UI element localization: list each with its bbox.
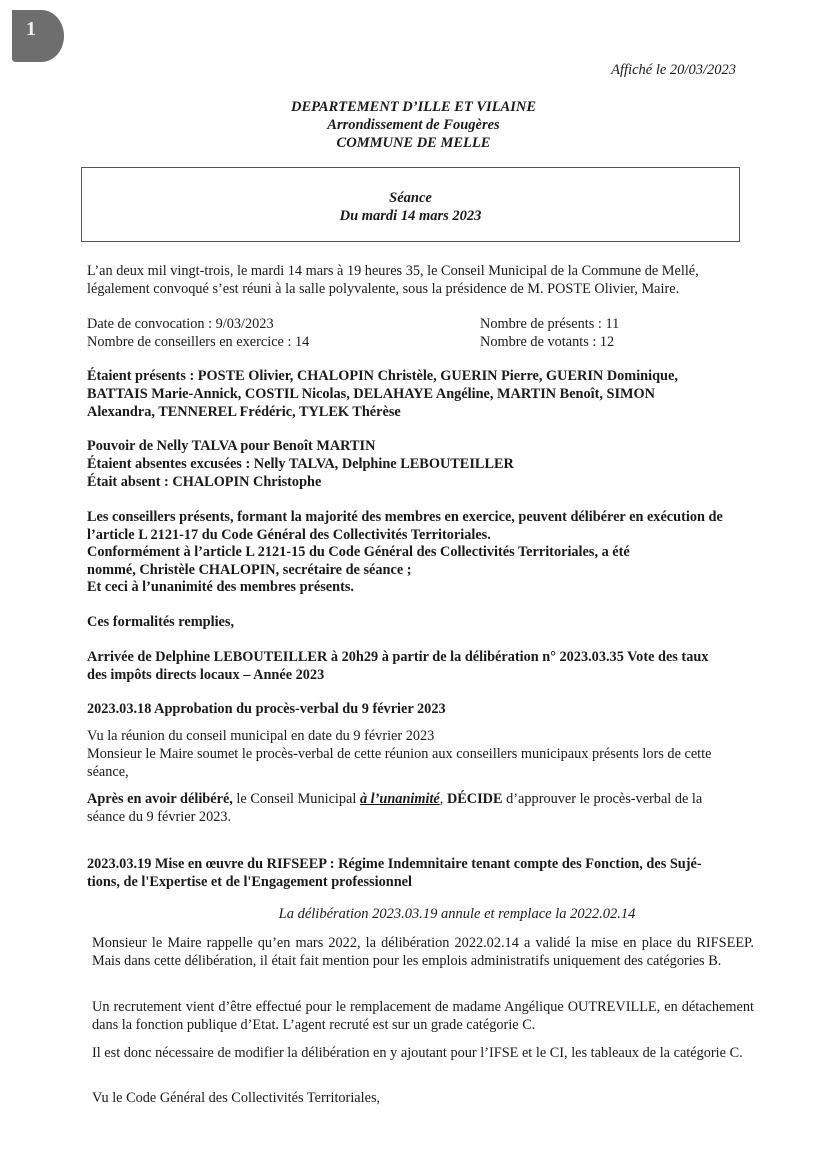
session-title: Séance <box>82 190 739 207</box>
convocation-date: Date de convocation : 9/03/2023 <box>87 315 274 333</box>
department-heading: DEPARTEMENT D’ILLE ET VILAINE <box>0 99 827 116</box>
deliberation-18-submit-2: séance, <box>87 763 129 781</box>
present-line-1: Étaient présents : POSTE Olivier, CHALOP… <box>87 367 678 385</box>
quorum-line-1: Les conseillers présents, formant la maj… <box>87 508 723 526</box>
deliberation-19-para-1: Monsieur le Maire rappelle qu’en mars 20… <box>92 934 754 970</box>
intro-line-1: L’an deux mil vingt-trois, le mardi 14 m… <box>87 262 699 280</box>
deliberation-18-decision-2: séance du 9 février 2023. <box>87 808 231 826</box>
deliberation-18-decision: Après en avoir délibéré, le Conseil Muni… <box>87 790 702 808</box>
deliberation-19-para-2: Un recrutement vient d’être effectué pou… <box>92 998 754 1034</box>
quorum-line-3: Conformément à l’article L 2121-15 du Co… <box>87 543 630 561</box>
page-number: 1 <box>26 18 36 41</box>
session-box: Séance Du mardi 14 mars 2023 <box>81 167 740 242</box>
proxy-line: Pouvoir de Nelly TALVA pour Benoît MARTI… <box>87 437 375 455</box>
deliberation-19-title-1: 2023.03.19 Mise en œuvre du RIFSEEP : Ré… <box>87 855 702 873</box>
deliberation-18-title: 2023.03.18 Approbation du procès-verbal … <box>87 700 446 718</box>
deliberation-19-para-4: Vu le Code Général des Collectivités Ter… <box>92 1089 380 1107</box>
formalities-line: Ces formalités remplies, <box>87 613 234 631</box>
quorum-line-5: Et ceci à l’unanimité des membres présen… <box>87 578 354 596</box>
posted-date: Affiché le 20/03/2023 <box>611 62 736 79</box>
voters-count: Nombre de votants : 12 <box>480 333 614 351</box>
present-line-2: BATTAIS Marie-Annick, COSTIL Nicolas, DE… <box>87 385 655 403</box>
quorum-line-4: nommé, Christèle CHALOPIN, secrétaire de… <box>87 561 412 579</box>
present-line-3: Alexandra, TENNEREL Frédéric, TYLEK Thér… <box>87 403 401 421</box>
deliberation-19-title-2: tions, de l'Expertise et de l'Engagement… <box>87 873 412 891</box>
deliberation-18-submit-1: Monsieur le Maire soumet le procès-verba… <box>87 745 711 763</box>
arrival-line-2: des impôts directs locaux – Année 2023 <box>87 666 324 684</box>
arrival-line-1: Arrivée de Delphine LEBOUTEILLER à 20h29… <box>87 648 708 666</box>
deliberation-18-seen: Vu la réunion du conseil municipal en da… <box>87 727 434 745</box>
page-number-tab: 1 <box>12 10 64 62</box>
present-count: Nombre de présents : 11 <box>480 315 619 333</box>
unanimity-text: à l’unanimité <box>360 791 440 807</box>
quorum-line-2: l’article L 2121-17 du Code Général des … <box>87 526 491 544</box>
deliberation-19-para-3: Il est donc nécessaire de modifier la dé… <box>92 1044 754 1062</box>
arrondissement-heading: Arrondissement de Fougères <box>0 117 827 134</box>
absent-line: Était absent : CHALOPIN Christophe <box>87 473 321 491</box>
intro-line-2: légalement convoqué s’est réuni à la sal… <box>87 280 679 298</box>
councillors-count: Nombre de conseillers en exercice : 14 <box>87 333 309 351</box>
deliberation-19-note: La délibération 2023.03.19 annule et rem… <box>0 906 827 923</box>
excused-line: Étaient absentes excusées : Nelly TALVA,… <box>87 455 514 473</box>
session-date: Du mardi 14 mars 2023 <box>82 208 739 225</box>
commune-heading: COMMUNE DE MELLE <box>0 135 827 152</box>
